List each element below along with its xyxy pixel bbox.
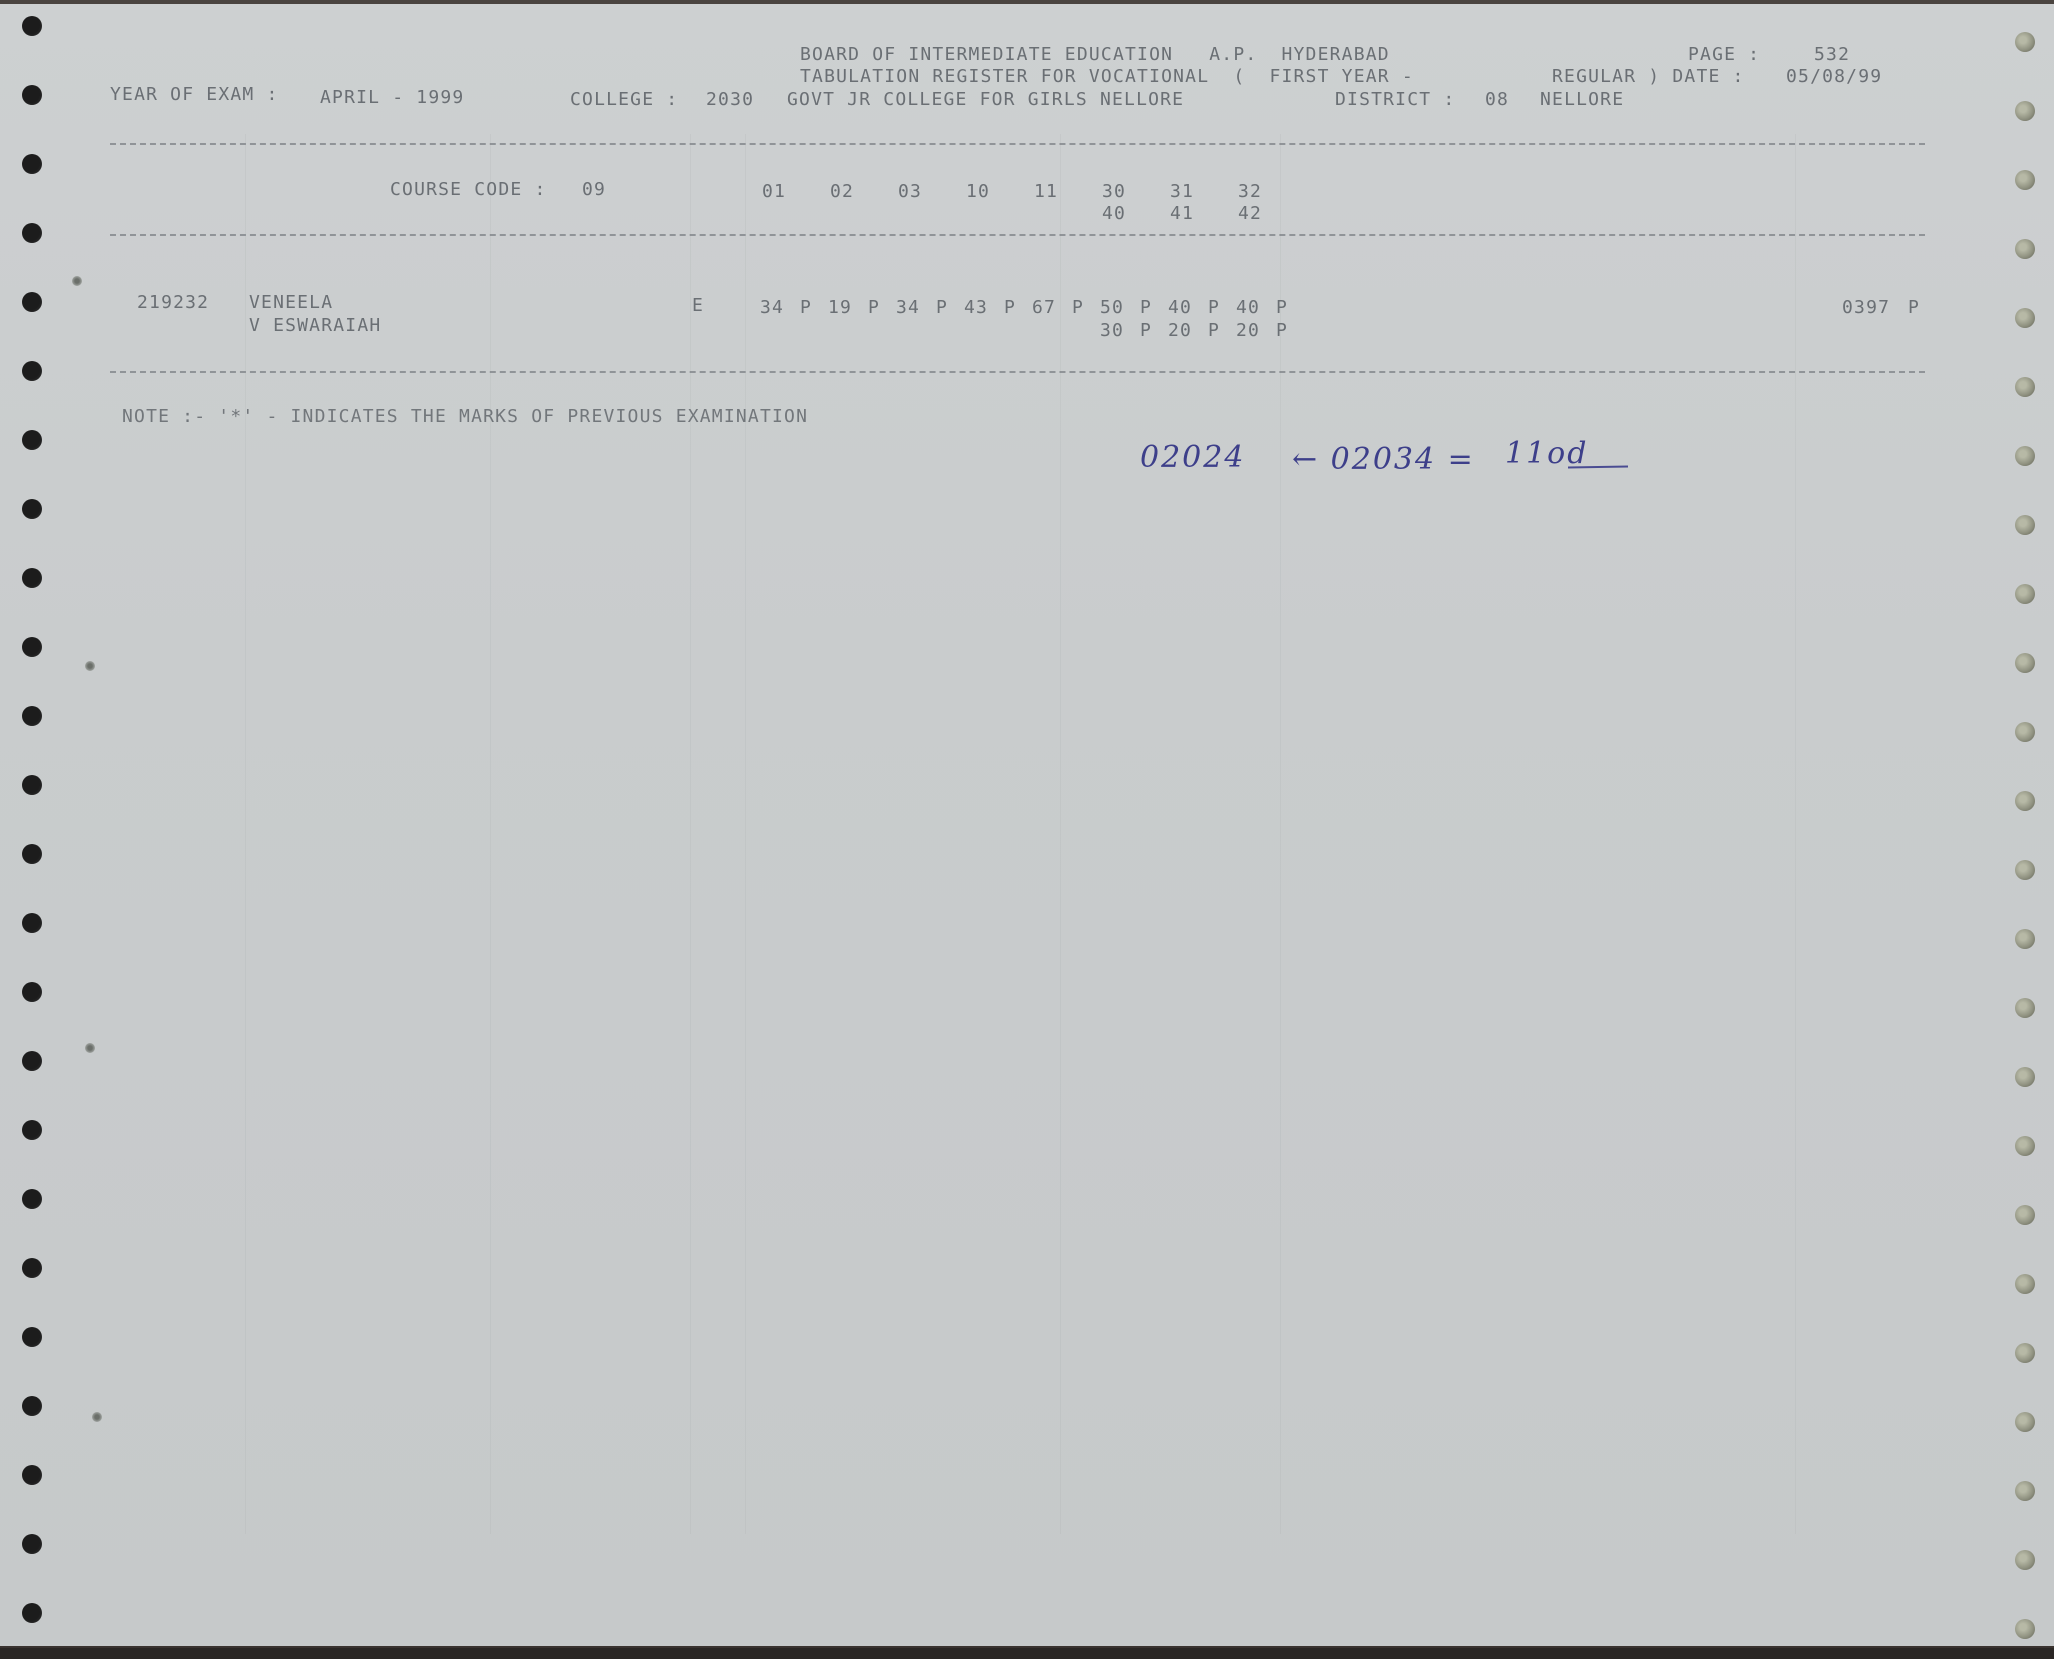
tractor-feed-hole-icon xyxy=(22,1534,42,1554)
ghost-column-line xyxy=(1795,134,1796,1534)
paper-speck xyxy=(85,661,95,671)
page-number: 532 xyxy=(1814,44,1850,66)
subject-result: P xyxy=(800,297,812,319)
tractor-feed-hole-icon xyxy=(22,292,42,312)
ghost-column-line xyxy=(690,134,691,1534)
tractor-feed-hole-icon xyxy=(2015,791,2035,811)
print-date: 05/08/99 xyxy=(1786,66,1882,88)
hall-ticket-number: 219232 xyxy=(137,292,209,314)
tractor-feed-hole-icon xyxy=(2015,1619,2035,1639)
subject-code: 01 xyxy=(762,181,786,203)
tractor-feed-hole-icon xyxy=(2015,584,2035,604)
tractor-feed-hole-icon xyxy=(2015,653,2035,673)
subject-code: 42 xyxy=(1238,203,1262,225)
district-code: 08 xyxy=(1485,89,1509,111)
subject-mark: 43 xyxy=(964,297,988,319)
subject-result: P xyxy=(936,297,948,319)
district-name: NELLORE xyxy=(1540,89,1624,111)
tractor-feed-hole-icon xyxy=(2015,722,2035,742)
tractor-feed-hole-icon xyxy=(22,1189,42,1209)
year-of-exam-label: YEAR OF EXAM : xyxy=(110,84,279,106)
subject-code: 32 xyxy=(1238,181,1262,203)
paper-speck xyxy=(72,276,82,286)
tractor-feed-hole-icon xyxy=(22,775,42,795)
total-result: P xyxy=(1908,297,1920,319)
tractor-feed-hole-icon xyxy=(22,568,42,588)
college-label: COLLEGE : xyxy=(570,89,678,111)
tractor-feed-hole-icon xyxy=(22,1120,42,1140)
subject-code: 10 xyxy=(966,181,990,203)
tractor-feed-hole-icon xyxy=(22,637,42,657)
subject-result: P xyxy=(1140,297,1152,319)
ghost-column-line xyxy=(245,134,246,1534)
register-title: TABULATION REGISTER FOR VOCATIONAL ( FIR… xyxy=(800,66,1414,88)
board-title: BOARD OF INTERMEDIATE EDUCATION A.P. HYD… xyxy=(800,44,1390,66)
subject-code: 03 xyxy=(898,181,922,203)
subject-code: 40 xyxy=(1102,203,1126,225)
subject-code: 11 xyxy=(1034,181,1058,203)
year-of-exam-value: APRIL - 1999 xyxy=(320,87,464,109)
subject-result: P xyxy=(1208,297,1220,319)
tractor-feed-hole-icon xyxy=(2015,929,2035,949)
college-name: GOVT JR COLLEGE FOR GIRLS NELLORE xyxy=(787,89,1184,111)
tractor-feed-hole-icon xyxy=(2015,1274,2035,1294)
handwritten-stroke xyxy=(1568,465,1628,468)
subject-mark: 19 xyxy=(828,297,852,319)
handwritten-number-a: 02024 xyxy=(1140,440,1245,475)
tractor-feed-hole-icon xyxy=(22,361,42,381)
subject-result: P xyxy=(1208,320,1220,342)
tractor-feed-hole-icon xyxy=(22,1327,42,1347)
subject-mark: 50 xyxy=(1100,297,1124,319)
subject-result: P xyxy=(1072,297,1084,319)
subject-code: 31 xyxy=(1170,181,1194,203)
separator-line xyxy=(110,143,1925,145)
tractor-feed-hole-icon xyxy=(2015,1136,2035,1156)
district-label: DISTRICT : xyxy=(1335,89,1455,111)
course-code-label: COURSE CODE : xyxy=(390,179,546,201)
separator-line xyxy=(110,234,1925,236)
subject-result: P xyxy=(1140,320,1152,342)
student-name: VENEELA xyxy=(249,292,333,314)
subject-mark: 40 xyxy=(1236,297,1260,319)
footnote: NOTE :- '*' - INDICATES THE MARKS OF PRE… xyxy=(122,406,808,428)
tractor-feed-hole-icon xyxy=(2015,308,2035,328)
tractor-feed-hole-icon xyxy=(2015,860,2035,880)
tractor-feed-hole-icon xyxy=(22,499,42,519)
subject-result: P xyxy=(1276,320,1288,342)
tractor-feed-hole-icon xyxy=(2015,1550,2035,1570)
separator-line xyxy=(110,371,1925,373)
ghost-column-line xyxy=(490,134,491,1534)
tractor-feed-hole-icon xyxy=(22,706,42,726)
tractor-feed-hole-icon xyxy=(2015,1343,2035,1363)
tractor-feed-hole-icon xyxy=(2015,1412,2035,1432)
tractor-feed-hole-icon xyxy=(22,844,42,864)
ghost-column-line xyxy=(1060,134,1061,1534)
tractor-feed-hole-icon xyxy=(22,430,42,450)
tractor-feed-hole-icon xyxy=(2015,1481,2035,1501)
subject-result: P xyxy=(868,297,880,319)
tractor-feed-hole-icon xyxy=(2015,1205,2035,1225)
paper-speck xyxy=(85,1043,95,1053)
subject-mark: 67 xyxy=(1032,297,1056,319)
page-label: PAGE : xyxy=(1688,44,1760,66)
tractor-feed-hole-icon xyxy=(22,1051,42,1071)
father-name: V ESWARAIAH xyxy=(249,315,381,337)
subject-result: P xyxy=(1004,297,1016,319)
subject-mark: 30 xyxy=(1100,320,1124,342)
tractor-feed-hole-icon xyxy=(22,85,42,105)
tractor-feed-hole-icon xyxy=(22,1258,42,1278)
tractor-feed-hole-icon xyxy=(2015,377,2035,397)
tractor-feed-hole-icon xyxy=(2015,1067,2035,1087)
course-code-value: 09 xyxy=(582,179,606,201)
tractor-feed-hole-icon xyxy=(22,1396,42,1416)
handwritten-number-b: ← 02034 = xyxy=(1292,442,1475,477)
exam-type-and-date-label: REGULAR ) DATE : xyxy=(1552,66,1745,88)
subject-code: 41 xyxy=(1170,203,1194,225)
tractor-feed-hole-icon xyxy=(2015,101,2035,121)
tractor-feed-hole-icon xyxy=(22,1465,42,1485)
paper-speck xyxy=(92,1412,102,1422)
subject-mark: 20 xyxy=(1236,320,1260,342)
tractor-feed-hole-icon xyxy=(2015,515,2035,535)
tractor-feed-hole-icon xyxy=(2015,998,2035,1018)
ghost-column-line xyxy=(1280,134,1281,1534)
subject-mark: 34 xyxy=(896,297,920,319)
ghost-column-line xyxy=(745,134,746,1534)
total-marks: 0397 xyxy=(1842,297,1890,319)
tractor-feed-hole-icon xyxy=(22,154,42,174)
tractor-feed-hole-icon xyxy=(2015,170,2035,190)
tabulation-register-sheet: BOARD OF INTERMEDIATE EDUCATION A.P. HYD… xyxy=(0,4,2054,1648)
subject-mark: 20 xyxy=(1168,320,1192,342)
tractor-feed-hole-icon xyxy=(22,1603,42,1623)
tractor-feed-hole-icon xyxy=(22,223,42,243)
tractor-feed-hole-icon xyxy=(22,913,42,933)
subject-mark: 40 xyxy=(1168,297,1192,319)
tractor-feed-hole-icon xyxy=(2015,239,2035,259)
subject-code: 30 xyxy=(1102,181,1126,203)
medium: E xyxy=(692,295,704,317)
tractor-feed-hole-icon xyxy=(2015,446,2035,466)
subject-result: P xyxy=(1276,297,1288,319)
tractor-feed-hole-icon xyxy=(22,982,42,1002)
subject-code: 02 xyxy=(830,181,854,203)
college-code: 2030 xyxy=(706,89,754,111)
subject-mark: 34 xyxy=(760,297,784,319)
tractor-feed-hole-icon xyxy=(22,16,42,36)
tractor-feed-hole-icon xyxy=(2015,32,2035,52)
